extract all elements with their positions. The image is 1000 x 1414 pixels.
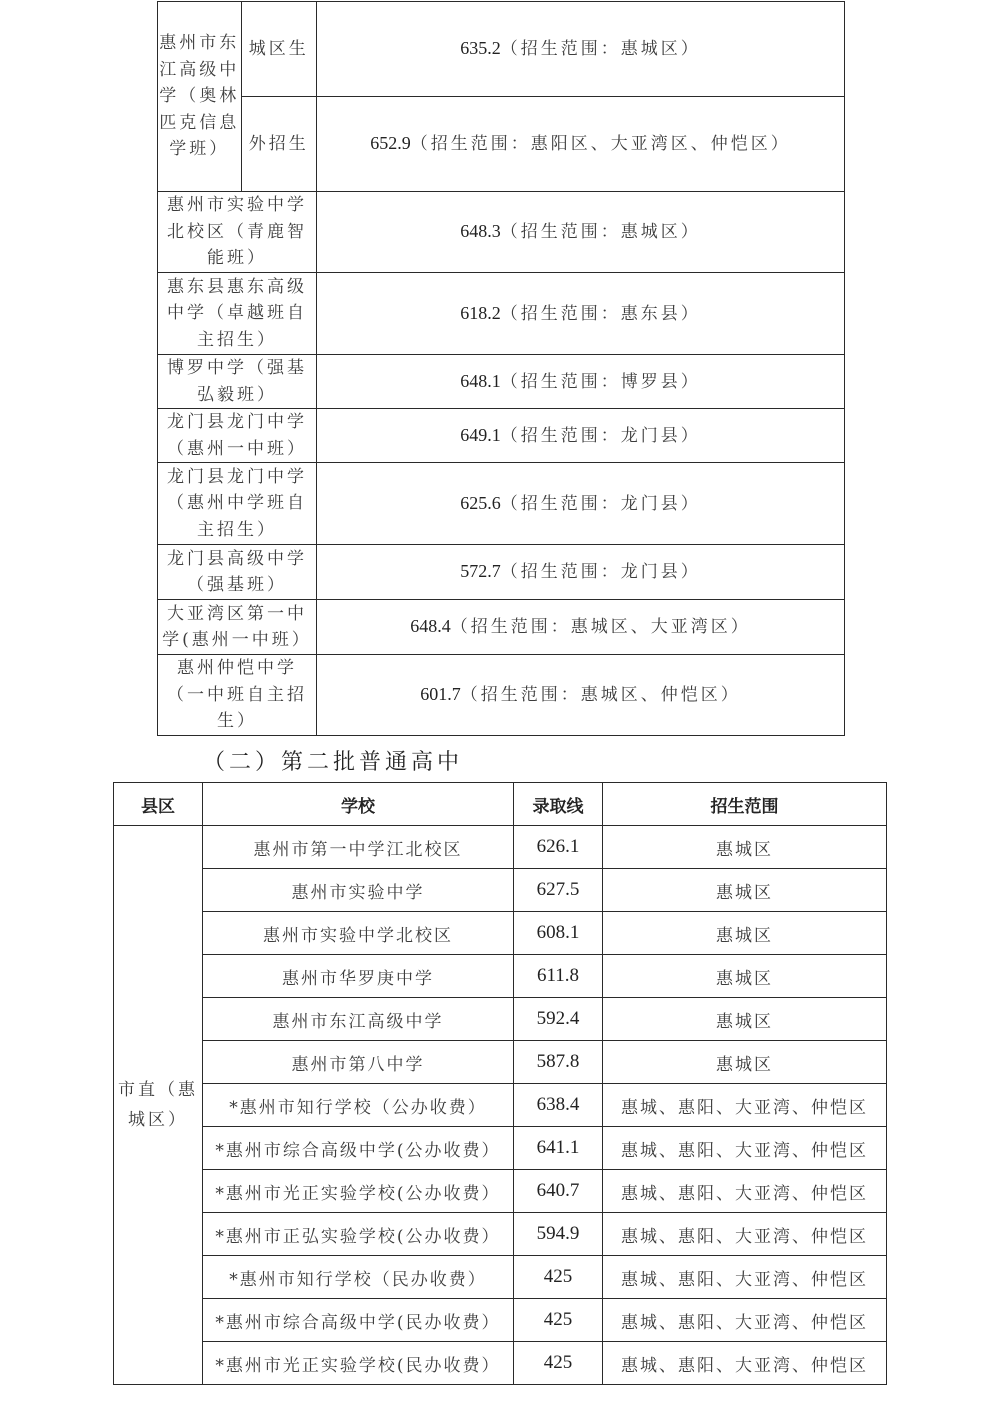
county-cell: 市直（惠城区） — [114, 826, 203, 1385]
school-cell: *惠州市正弘实验学校(公办收费） — [203, 1213, 514, 1256]
header-score: 录取线 — [514, 783, 603, 826]
table-row: 惠州市实验中学 627.5 惠城区 — [114, 869, 887, 912]
score-range-cell: 648.4（招生范围：惠城区、大亚湾区） — [317, 600, 845, 655]
school-cell: 惠州市第一中学江北校区 — [203, 826, 514, 869]
school-cell: 惠州市实验中学北校区（青鹿智能班） — [158, 192, 317, 273]
score-range-cell: 625.6（招生范围：龙门县） — [317, 463, 845, 545]
score-cell: 425 — [514, 1342, 603, 1385]
range: （招生范围：惠城区） — [501, 39, 701, 59]
score-cell: 425 — [514, 1256, 603, 1299]
table-row: 惠州市第八中学 587.8 惠城区 — [114, 1041, 887, 1084]
header-range: 招生范围 — [603, 783, 887, 826]
table-row: 市直（惠城区） 惠州市第一中学江北校区 626.1 惠城区 — [114, 826, 887, 869]
range: （招生范围：龙门县） — [501, 494, 701, 514]
header-school: 学校 — [203, 783, 514, 826]
school-cell: 惠州市实验中学北校区 — [203, 912, 514, 955]
school-cell: 惠州市华罗庚中学 — [203, 955, 514, 998]
table-row: *惠州市知行学校（公办收费） 638.4 惠城、惠阳、大亚湾、仲恺区 — [114, 1084, 887, 1127]
school-cell: 龙门县龙门中学（惠州一中班） — [158, 409, 317, 463]
score-cell: 594.9 — [514, 1213, 603, 1256]
range-cell: 惠城、惠阳、大亚湾、仲恺区 — [603, 1342, 887, 1385]
school-cell: *惠州市知行学校（民办收费） — [203, 1256, 514, 1299]
table-row: *惠州市知行学校（民办收费） 425 惠城、惠阳、大亚湾、仲恺区 — [114, 1256, 887, 1299]
range-cell: 惠城区 — [603, 1041, 887, 1084]
score: 618.2 — [460, 303, 501, 323]
table-row: 惠州市东江高级中学 592.4 惠城区 — [114, 998, 887, 1041]
school-cell: 惠州市实验中学 — [203, 869, 514, 912]
score: 635.2 — [460, 38, 501, 58]
range-cell: 惠城、惠阳、大亚湾、仲恺区 — [603, 1127, 887, 1170]
score-range-cell: 648.1（招生范围：博罗县） — [317, 355, 845, 409]
range-cell: 惠城区 — [603, 826, 887, 869]
school-cell: 惠州市东江高级中学 — [203, 998, 514, 1041]
score-range-cell: 649.1（招生范围：龙门县） — [317, 409, 845, 463]
score-cell: 587.8 — [514, 1041, 603, 1084]
range-cell: 惠城区 — [603, 912, 887, 955]
section-heading: （二）第二批普通高中 — [203, 745, 463, 776]
range-cell: 惠城、惠阳、大亚湾、仲恺区 — [603, 1213, 887, 1256]
range: （招生范围：龙门县） — [501, 562, 701, 582]
range: （招生范围：龙门县） — [501, 426, 701, 446]
school-cell: *惠州市光正实验学校(民办收费） — [203, 1342, 514, 1385]
range-cell: 惠城、惠阳、大亚湾、仲恺区 — [603, 1170, 887, 1213]
table-row: 惠州市华罗庚中学 611.8 惠城区 — [114, 955, 887, 998]
range: （招生范围：惠城区、仲恺区） — [461, 685, 741, 705]
score-range-cell: 648.3（招生范围：惠城区） — [317, 192, 845, 273]
score-cell: 611.8 — [514, 955, 603, 998]
score: 648.3 — [460, 221, 501, 241]
sub-category-cell: 城区生 — [241, 2, 316, 97]
header-row: 县区 学校 录取线 招生范围 — [114, 783, 887, 826]
score-cell: 641.1 — [514, 1127, 603, 1170]
school-cell: 龙门县高级中学（强基班） — [158, 545, 317, 600]
sub-category-cell: 外招生 — [241, 97, 316, 192]
range-cell: 惠城区 — [603, 998, 887, 1041]
score: 652.9 — [370, 133, 411, 153]
table-row: *惠州市光正实验学校(公办收费） 640.7 惠城、惠阳、大亚湾、仲恺区 — [114, 1170, 887, 1213]
school-cell: 惠东县惠东高级中学（卓越班自主招生） — [158, 273, 317, 355]
school-cell: *惠州市知行学校（公办收费） — [203, 1084, 514, 1127]
school-cell: 惠州仲恺中学（一中班自主招生） — [158, 655, 317, 736]
table-row: *惠州市正弘实验学校(公办收费） 594.9 惠城、惠阳、大亚湾、仲恺区 — [114, 1213, 887, 1256]
school-cell: *惠州市综合高级中学(公办收费） — [203, 1127, 514, 1170]
score-range-cell: 618.2（招生范围：惠东县） — [317, 273, 845, 355]
table-row: *惠州市综合高级中学(公办收费） 641.1 惠城、惠阳、大亚湾、仲恺区 — [114, 1127, 887, 1170]
range-cell: 惠城、惠阳、大亚湾、仲恺区 — [603, 1256, 887, 1299]
table-row: *惠州市综合高级中学(民办收费） 425 惠城、惠阳、大亚湾、仲恺区 — [114, 1299, 887, 1342]
score: 601.7 — [420, 684, 461, 704]
score-cell: 592.4 — [514, 998, 603, 1041]
table-row: 惠州市实验中学北校区 608.1 惠城区 — [114, 912, 887, 955]
score-cell: 627.5 — [514, 869, 603, 912]
school-cell: *惠州市综合高级中学(民办收费） — [203, 1299, 514, 1342]
range: （招生范围：惠城区、大亚湾区） — [451, 617, 751, 637]
score: 572.7 — [460, 561, 501, 581]
second-batch-table: 县区 学校 录取线 招生范围 市直（惠城区） 惠州市第一中学江北校区 626.1… — [113, 782, 887, 1385]
range: （招生范围：惠东县） — [501, 304, 701, 324]
table-row: *惠州市光正实验学校(民办收费） 425 惠城、惠阳、大亚湾、仲恺区 — [114, 1342, 887, 1385]
range: （招生范围：博罗县） — [501, 372, 701, 392]
score-cell: 626.1 — [514, 826, 603, 869]
score-cell: 638.4 — [514, 1084, 603, 1127]
score-cell: 425 — [514, 1299, 603, 1342]
school-cell: 龙门县龙门中学（惠州中学班自主招生） — [158, 463, 317, 545]
score-range-cell: 601.7（招生范围：惠城区、仲恺区） — [317, 655, 845, 736]
score-cell: 608.1 — [514, 912, 603, 955]
range: （招生范围：惠阳区、大亚湾区、仲恺区） — [411, 134, 791, 154]
school-cell: 惠州市第八中学 — [203, 1041, 514, 1084]
score-range-cell: 652.9（招生范围：惠阳区、大亚湾区、仲恺区） — [317, 97, 845, 192]
range-cell: 惠城区 — [603, 869, 887, 912]
score-cell: 640.7 — [514, 1170, 603, 1213]
range-cell: 惠城、惠阳、大亚湾、仲恺区 — [603, 1299, 887, 1342]
first-batch-table: 惠州市东江高级中学（奥林匹克信息学班） 城区生 635.2（招生范围：惠城区） … — [157, 1, 845, 736]
school-cell: 大亚湾区第一中学(惠州一中班） — [158, 600, 317, 655]
score: 648.1 — [460, 371, 501, 391]
score: 648.4 — [410, 616, 451, 636]
score: 625.6 — [460, 493, 501, 513]
score-range-cell: 635.2（招生范围：惠城区） — [317, 2, 845, 97]
score-range-cell: 572.7（招生范围：龙门县） — [317, 545, 845, 600]
school-cell: 惠州市东江高级中学（奥林匹克信息学班） — [158, 2, 242, 192]
score: 649.1 — [460, 425, 501, 445]
school-cell: 博罗中学（强基弘毅班） — [158, 355, 317, 409]
range-cell: 惠城区 — [603, 955, 887, 998]
header-county: 县区 — [114, 783, 203, 826]
range: （招生范围：惠城区） — [501, 222, 701, 242]
school-cell: *惠州市光正实验学校(公办收费） — [203, 1170, 514, 1213]
range-cell: 惠城、惠阳、大亚湾、仲恺区 — [603, 1084, 887, 1127]
